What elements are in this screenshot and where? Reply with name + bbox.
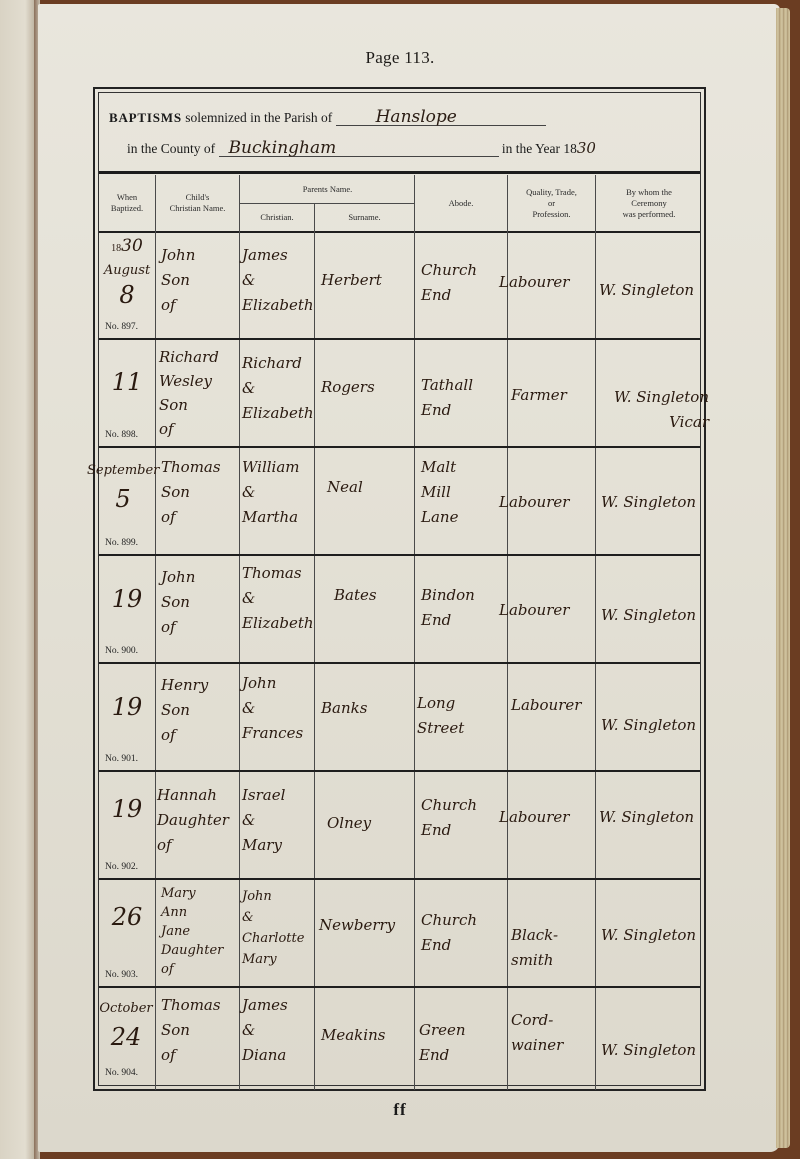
facing-page-edge [0,0,36,1159]
parents-christian-cell: Thomas & Elizabeth [242,561,314,636]
abode-cell: Malt Mill Lane [421,455,507,530]
col-parents-surname: Surname. [315,204,414,231]
quality-cell: Black- smith [511,923,597,973]
abode-cell: Church End [421,258,507,308]
day: 24 [111,1023,142,1051]
entry-number: No. 904. [105,1068,138,1078]
register-inner-frame: BAPTISMS solemnized in the Parish of Han… [98,92,701,1086]
col-childs-name: Child's Christian Name. [156,175,239,231]
day: 5 [115,485,130,513]
year-field: 30 [577,139,596,157]
parents-christian-cell: William & Martha [242,455,314,530]
day: 26 [112,903,143,931]
day: 8 [119,281,134,309]
when-baptized-cell: 19 [99,585,155,615]
parents-christian-cell: Richard & Elizabeth [242,351,314,426]
entry-number: No. 899. [105,538,138,548]
heading-rule [99,171,700,174]
parents-christian-cell: John & Charlotte Mary [242,886,314,970]
quality-cell: Labourer [499,598,599,623]
abode-cell: Church End [421,793,507,843]
when-baptized-cell: September5 [87,455,159,516]
col-divider-4 [414,175,415,1090]
register-heading: BAPTISMS solemnized in the Parish of Han… [109,105,692,165]
day: 19 [112,585,143,613]
abode-cell: Long Street [417,691,507,741]
when-baptized-cell: 19 [99,693,155,723]
month: September [87,463,159,478]
child-name-cell: Hannah Daughter of [157,783,241,858]
child-name-cell: Thomas Son of [161,455,241,530]
row-rule-6 [99,878,700,880]
child-name-cell: Mary Ann Jane Daughter of [161,884,241,979]
row-rule-4 [99,662,700,664]
entry-number: No. 898. [105,430,138,440]
quality-cell: Labourer [511,693,597,718]
page-stack-edge [776,8,790,1148]
col-parents-christian: Christian. [240,204,314,231]
when-baptized-cell: 26 [99,903,155,933]
when-baptized-cell: 19 [99,795,155,825]
when-baptized-cell: October24 [93,993,159,1054]
day: 19 [112,795,143,823]
abode-cell: Church End [421,908,507,958]
abode-cell: Green End [419,1018,507,1068]
child-name-cell: Henry Son of [161,673,241,748]
surname-cell: Rogers [321,375,413,400]
col-when-baptized: When Baptized. [99,175,155,231]
child-name-cell: John Son of [161,565,241,640]
heading-baptisms: BAPTISMS [109,110,182,125]
surname-cell: Newberry [319,913,413,938]
signature-mark: ff [0,1100,800,1120]
month: August [104,263,150,278]
col-parents-name: Parents Name. [240,175,415,203]
parish-field: Hanslope [336,109,546,126]
when-baptized-cell: 1830August8 [99,236,155,309]
surname-cell: Olney [327,811,413,836]
surname-cell: Banks [321,696,413,721]
col-divider-3 [314,204,315,1090]
child-name-cell: Thomas Son of [161,993,241,1068]
when-baptized-cell: 11 [99,368,155,398]
day: 11 [112,368,143,396]
officiant-cell: W. Singleton Vicar [599,385,713,435]
row-rule-3 [99,554,700,556]
row-rule-5 [99,770,700,772]
officiant-cell: W. Singleton [601,713,711,738]
surname-cell: Herbert [321,268,413,293]
officiant-cell: W. Singleton [599,805,709,830]
year-value: 30 [121,236,143,256]
surname-cell: Meakins [321,1023,413,1048]
heading-line-2: in the County of Buckingham in the Year … [127,139,596,157]
row-rule-2 [99,446,700,448]
month: October [99,1001,152,1016]
officiant-cell: W. Singleton [601,1038,711,1063]
heading-line-1: BAPTISMS solemnized in the Parish of Han… [109,109,546,126]
heading-text-county: in the County of [127,141,219,156]
quality-cell: Labourer [499,490,599,515]
header-bottom-rule [99,231,700,233]
quality-cell: Labourer [499,805,599,830]
day: 19 [112,693,143,721]
abode-cell: Bindon End [421,583,507,633]
county-field: Buckingham [219,140,499,157]
quality-cell: Cord- wainer [511,1008,597,1058]
officiant-cell: W. Singleton [599,278,709,303]
surname-cell: Neal [327,475,413,500]
heading-text-year: in the Year 18 [499,141,577,156]
entry-number: No. 902. [105,862,138,872]
quality-cell: Labourer [499,270,599,295]
abode-cell: Tathall End [421,373,507,423]
officiant-cell: W. Singleton [601,923,711,948]
col-quality: Quality, Trade, or Profession. [508,175,595,231]
page-number-title: Page 113. [0,48,800,68]
child-name-cell: Richard Wesley Son of [159,345,239,441]
parents-christian-cell: James & Diana [242,993,314,1068]
heading-text-parish: solemnized in the Parish of [182,110,336,125]
col-by-whom: By whom the Ceremony was performed. [596,175,702,231]
row-rule-1 [99,338,700,340]
surname-cell: Bates [334,583,412,608]
officiant-cell: W. Singleton [601,490,711,515]
col-abode: Abode. [415,175,507,231]
entry-number: No. 903. [105,970,138,980]
quality-cell: Farmer [511,383,597,408]
child-name-cell: John Son of [161,243,241,318]
entry-number: No. 897. [105,322,138,332]
parents-subheader-rule [240,203,415,204]
row-rule-7 [99,986,700,988]
register-frame: BAPTISMS solemnized in the Parish of Han… [93,87,706,1091]
parents-christian-cell: James & Elizabeth [242,243,314,318]
col-divider-1 [155,175,156,1090]
entry-number: No. 900. [105,646,138,656]
year-prefix: 18 [111,243,121,254]
officiant-cell: W. Singleton [601,603,711,628]
parents-christian-cell: Israel & Mary [242,783,314,858]
col-divider-5 [507,175,508,1090]
entry-number: No. 901. [105,754,138,764]
parents-christian-cell: John & Frances [242,671,314,746]
